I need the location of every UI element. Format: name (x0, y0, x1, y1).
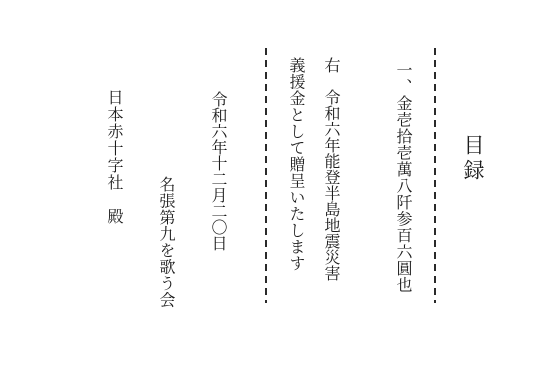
dashed-separator-right (434, 48, 436, 303)
amount-line: 一、金壱拾壱萬八阡参百六圓也 (394, 62, 410, 293)
statement-line-1: 右 令和六年能登半島地震災害 (322, 57, 338, 281)
sender-line: 名張第九を歌う会 (157, 176, 173, 308)
recipient-line: 日本赤十字社 殿 (105, 89, 121, 225)
date-line: 令和六年十二月二〇日 (209, 91, 225, 251)
dashed-separator-left (265, 48, 267, 303)
statement-line-2: 義援金として贈呈いたします (287, 57, 303, 272)
donation-certificate-document: 目録 一、金壱拾壱萬八阡参百六圓也 右 令和六年能登半島地震災害 義援金として贈… (0, 0, 546, 383)
page-title: 目録 (462, 134, 483, 184)
